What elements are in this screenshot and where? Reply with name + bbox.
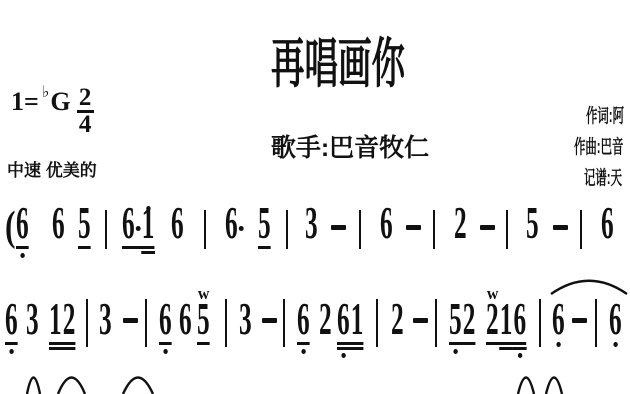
- note-cluster: 6: [179, 300, 192, 346]
- note-digit: 3: [99, 300, 112, 338]
- note-cluster: 2: [454, 204, 467, 250]
- note-digit: 6: [380, 204, 393, 242]
- note-cluster: 6: [609, 300, 622, 346]
- page-title-wrap: 再唱画你: [0, 36, 630, 93]
- note-digit: 6: [552, 300, 565, 338]
- time-signature: 2 4: [77, 87, 94, 136]
- dash-note: [331, 225, 346, 230]
- note: 6: [16, 204, 29, 242]
- note-cluster: 6: [552, 300, 565, 346]
- note-cluster: 6: [297, 300, 310, 346]
- note: 1: [142, 204, 155, 242]
- note: 6: [552, 300, 565, 338]
- beam-line-2: [499, 347, 513, 350]
- note-digit: 2: [319, 300, 332, 338]
- note: 6: [514, 300, 527, 338]
- note: 3: [26, 300, 39, 338]
- note: 6: [601, 204, 614, 242]
- beam-line-2: [49, 347, 75, 350]
- barline: [539, 299, 541, 347]
- beam-line-2: [513, 347, 527, 350]
- note: 5: [526, 204, 539, 242]
- note-digit: 1: [351, 300, 364, 338]
- note-digit: 1: [500, 300, 513, 338]
- note-cluster: 3: [239, 300, 252, 346]
- note-cluster: 61: [337, 300, 363, 346]
- note-digit: 3: [26, 300, 39, 338]
- note-digit: 6: [159, 300, 172, 338]
- note-digit: 2: [454, 204, 467, 242]
- note: 6: [179, 300, 192, 338]
- note-cluster: 61: [122, 204, 154, 250]
- octave-dot-above: [146, 206, 150, 211]
- dash-note: [413, 318, 428, 323]
- note-digit: 2: [391, 300, 404, 338]
- notation-line-1: (6656166536256: [0, 204, 630, 268]
- note-digit: 6: [171, 204, 184, 242]
- tempo-marking: 中速 优美的: [7, 156, 97, 181]
- partial-slur-arc: [516, 374, 536, 394]
- dash-note: [123, 318, 138, 323]
- note-cluster: 6: [171, 204, 184, 250]
- credit-notator: 记谱:天: [584, 163, 622, 190]
- barline: [595, 299, 597, 347]
- note-digit: 5: [78, 204, 91, 242]
- meter-denominator: 4: [77, 114, 94, 136]
- dash-note: [480, 225, 495, 230]
- dash-note: [262, 318, 277, 323]
- note-digit: 6: [179, 300, 192, 338]
- note: 5w: [197, 300, 210, 338]
- barline: [204, 210, 206, 249]
- note: 6: [337, 300, 350, 338]
- song-title: 再唱画你: [271, 36, 405, 93]
- barline: [359, 210, 361, 249]
- note-cluster: 5: [258, 204, 271, 250]
- note-digit: 6: [5, 300, 18, 338]
- note: 1: [49, 300, 62, 338]
- note-cluster: 52: [449, 300, 475, 346]
- note-cluster: 6: [159, 300, 172, 346]
- note: 2: [63, 300, 76, 338]
- note-cluster: 3: [305, 204, 318, 250]
- partial-slur-arc: [56, 374, 87, 394]
- key-signature: 1= ♭ G 2 4: [11, 90, 94, 136]
- note: 6: [609, 300, 622, 338]
- note-cluster: 6: [16, 204, 29, 250]
- note-digit: 2: [463, 300, 476, 338]
- barline: [580, 210, 582, 249]
- barline: [506, 210, 508, 249]
- note-cluster: 5: [78, 204, 91, 250]
- barline: [105, 210, 107, 249]
- octave-dot-below: [518, 353, 522, 358]
- beam-line-2: [141, 251, 155, 254]
- note-cluster: 3: [99, 300, 112, 346]
- note-digit: 5: [526, 204, 539, 242]
- barline: [435, 299, 437, 347]
- flat-sign: ♭: [42, 86, 50, 100]
- dash-note: [572, 318, 587, 323]
- trill-ornament-icon: w: [487, 287, 498, 301]
- note: 1: [351, 300, 364, 338]
- note: 2: [319, 300, 332, 338]
- note-digit: 3: [305, 204, 318, 242]
- notation-line-2: 63123665w362612522w1666: [0, 300, 630, 364]
- note: 2w: [486, 300, 499, 338]
- barline: [283, 299, 285, 347]
- octave-dot-below: [453, 349, 457, 354]
- note: 6: [297, 300, 310, 338]
- dash-note: [553, 225, 568, 230]
- note: 5: [78, 204, 91, 242]
- note-digit: 1: [49, 300, 62, 338]
- note-cluster: 12: [49, 300, 75, 346]
- note-digit: 6: [122, 204, 135, 242]
- barline: [86, 299, 88, 347]
- note: 6: [52, 204, 65, 242]
- note-digit: 6: [609, 300, 622, 338]
- note: 3: [99, 300, 112, 338]
- open-paren: (: [5, 207, 16, 247]
- note: 5: [449, 300, 462, 338]
- note-digit: 6: [16, 204, 29, 242]
- note-cluster: 6: [380, 204, 393, 250]
- note-digit: 6: [52, 204, 65, 242]
- partial-slur-arc: [25, 374, 42, 394]
- note-digit: 6: [297, 300, 310, 338]
- partial-slur-arc: [544, 374, 564, 394]
- note-digit: 6: [337, 300, 350, 338]
- partial-slur-arc: [121, 374, 155, 394]
- note: 5: [258, 204, 271, 242]
- octave-dot-below: [9, 349, 13, 354]
- note: 6: [5, 300, 18, 338]
- note-cluster: 6: [5, 300, 18, 346]
- note: 3: [239, 300, 252, 338]
- credit-composer: 作曲:巴音: [574, 132, 623, 159]
- note: 6: [380, 204, 393, 242]
- barline: [376, 299, 378, 347]
- octave-dot-below: [20, 253, 24, 258]
- note: 1: [500, 300, 513, 338]
- augmentation-dot: [239, 226, 244, 231]
- note-digit: 6: [225, 204, 238, 242]
- note-cluster: 5w: [197, 300, 210, 346]
- meter-numerator: 2: [77, 87, 94, 109]
- note: 6: [122, 204, 135, 242]
- barline: [433, 210, 435, 249]
- note: 6: [225, 204, 238, 242]
- augmentation-dot: [136, 226, 141, 231]
- note-digit: 2: [63, 300, 76, 338]
- barline: [225, 299, 227, 347]
- sheet-music-page: 再唱画你 歌手:巴音牧仁 1= ♭ G 2 4 中速 优美的 作词:阿 作曲:巴…: [0, 0, 630, 394]
- beam-line-2: [337, 347, 363, 350]
- note: 6: [171, 204, 184, 242]
- note-digit: 5: [197, 300, 210, 338]
- key-tonic: G: [50, 90, 70, 114]
- octave-dot-below: [301, 349, 305, 354]
- barline: [286, 210, 288, 249]
- tie-slur-arc: [549, 278, 629, 295]
- octave-dot-below: [556, 342, 560, 347]
- note: 2: [463, 300, 476, 338]
- note: 2: [454, 204, 467, 242]
- note-cluster: 2w16: [486, 300, 526, 346]
- credit-lyricist: 作词:阿: [586, 101, 624, 128]
- note-digit: 5: [258, 204, 271, 242]
- note-cluster: 6: [225, 204, 244, 250]
- dash-note: [406, 225, 421, 230]
- note-digit: 5: [449, 300, 462, 338]
- note-cluster: 2: [391, 300, 404, 346]
- octave-dot-below: [163, 349, 167, 354]
- barline: [145, 299, 147, 347]
- octave-dot-below: [341, 353, 345, 358]
- note: 2: [391, 300, 404, 338]
- note: 6: [159, 300, 172, 338]
- note-digit: 3: [239, 300, 252, 338]
- note-cluster: 5: [526, 204, 539, 250]
- key-prefix: 1=: [11, 90, 39, 114]
- note-digit: 2: [486, 300, 499, 338]
- octave-dot-below: [613, 342, 617, 347]
- note-cluster: 6: [601, 204, 614, 250]
- note-cluster: 2: [319, 300, 332, 346]
- note-digit: 6: [601, 204, 614, 242]
- note-cluster: 6: [52, 204, 65, 250]
- note: 3: [305, 204, 318, 242]
- trill-ornament-icon: w: [198, 287, 209, 301]
- note-digit: 6: [514, 300, 527, 338]
- note-cluster: 3: [26, 300, 39, 346]
